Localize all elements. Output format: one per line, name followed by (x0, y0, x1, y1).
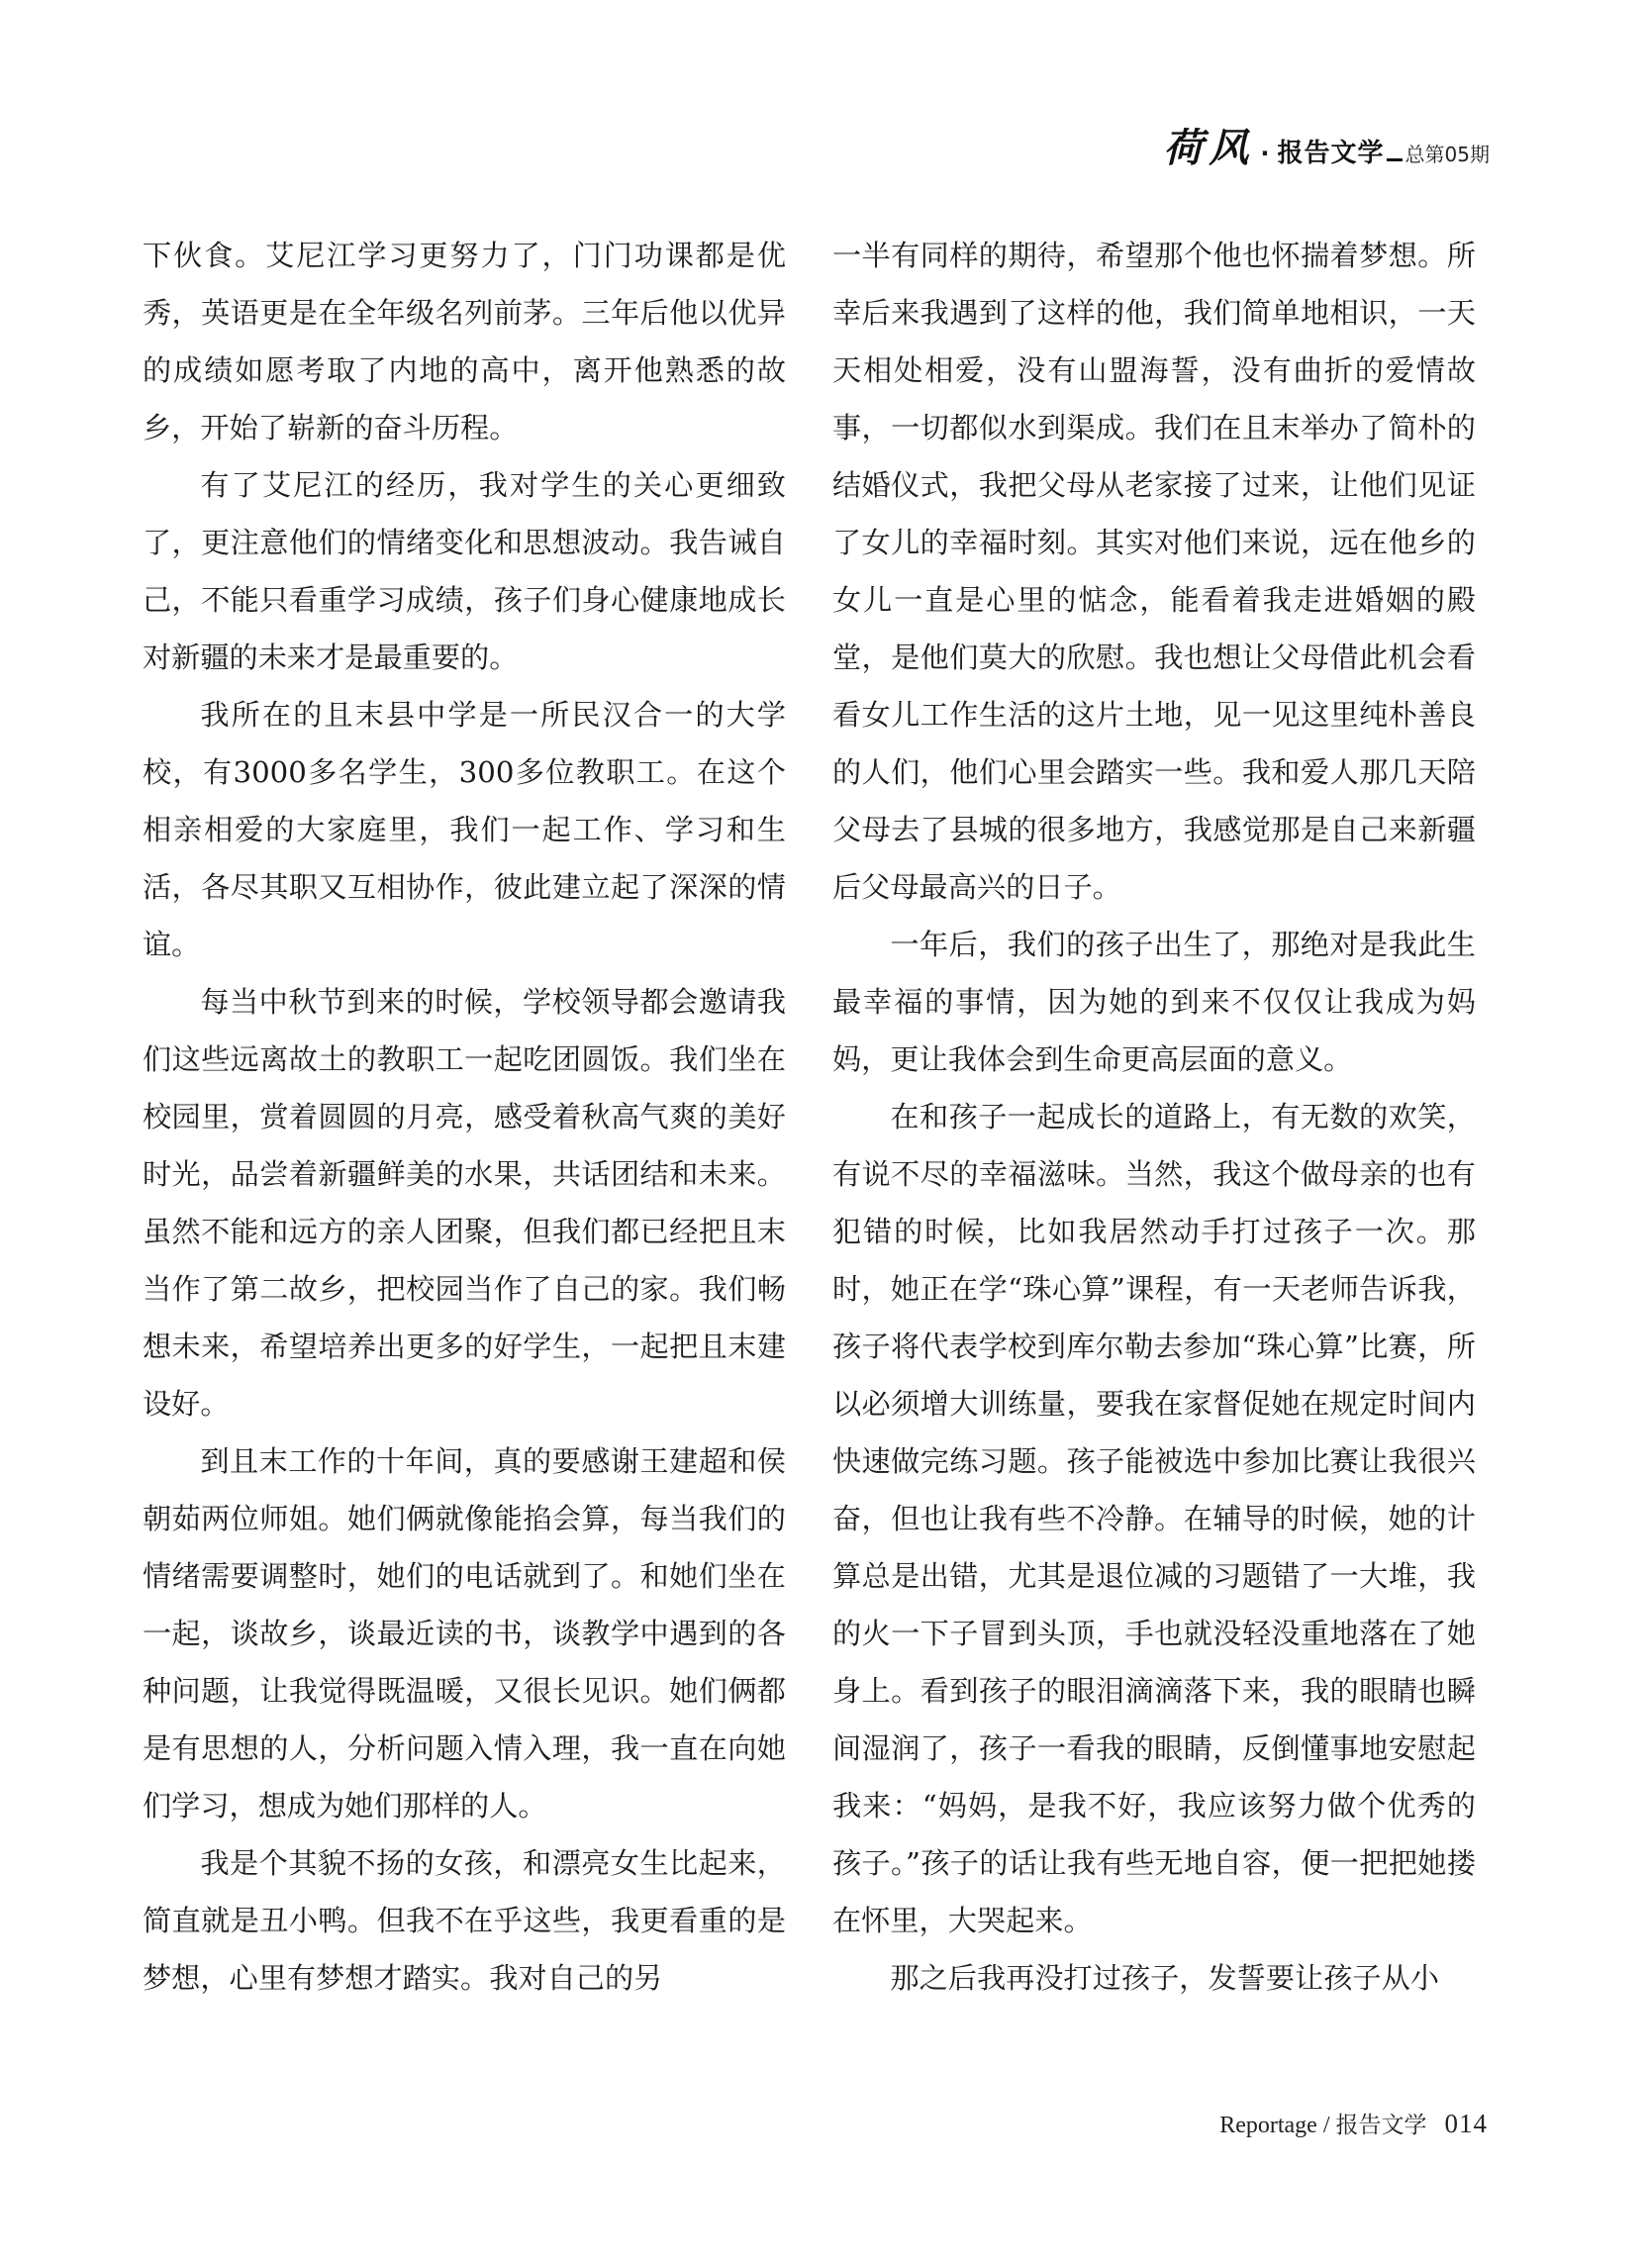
paragraph: 我是个其貌不扬的女孩，和漂亮女生比起来，简直就是丑小鸭。但我不在乎这些，我更看重… (143, 1834, 786, 2007)
paragraph: 一年后，我们的孩子出生了，那绝对是我此生最幸福的事情，因为她的到来不仅仅让我成为… (832, 916, 1476, 1088)
issue-number: 总第05期 (1405, 139, 1490, 167)
paragraph: 我所在的且末县中学是一所民汉合一的大学校，有3000多名学生，300多位教职工。… (143, 686, 786, 973)
page-number: 014 (1445, 2109, 1489, 2139)
paragraph: 那之后我再没打过孩子，发誓要让孩子从小 (832, 1949, 1476, 2007)
paragraph: 每当中秋节到来的时候，学校领导都会邀请我们这些远离故土的教职工一起吃团圆饭。我们… (143, 973, 786, 1432)
article-column-right: 一半有同样的期待，希望那个他也怀揣着梦想。所幸后来我遇到了这样的他，我们简单地相… (832, 227, 1476, 2007)
header-separator: · (1260, 140, 1269, 167)
paragraph: 到且末工作的十年间，真的要感谢王建超和侯朝茹两位师姐。她们俩就像能掐会算，每当我… (143, 1432, 786, 1834)
section-title: 报告文学 (1278, 133, 1385, 169)
footer-chinese-label: 报告文学 (1336, 2107, 1427, 2139)
running-footer: Reportage / 报告文学 014 (1219, 2107, 1488, 2139)
running-header: 荷风 · 报告文学 总第05期 (1163, 117, 1490, 173)
footer-english-label: Reportage (1219, 2113, 1317, 2139)
article-column-left: 下伙食。艾尼江学习更努力了，门门功课都是优秀，英语更是在全年级名列前茅。三年后他… (143, 227, 786, 2007)
paragraph: 一半有同样的期待，希望那个他也怀揣着梦想。所幸后来我遇到了这样的他，我们简单地相… (832, 227, 1476, 916)
magazine-logo: 荷风 (1163, 117, 1254, 173)
header-underline-divider (1387, 158, 1403, 161)
paragraph: 有了艾尼江的经历，我对学生的关心更细致了，更注意他们的情绪变化和思想波动。我告诫… (143, 456, 786, 686)
paragraph: 在和孩子一起成长的道路上，有无数的欢笑，有说不尽的幸福滋味。当然，我这个做母亲的… (832, 1088, 1476, 1949)
footer-slash: / (1323, 2113, 1330, 2139)
paragraph: 下伙食。艾尼江学习更努力了，门门功课都是优秀，英语更是在全年级名列前茅。三年后他… (143, 227, 786, 456)
